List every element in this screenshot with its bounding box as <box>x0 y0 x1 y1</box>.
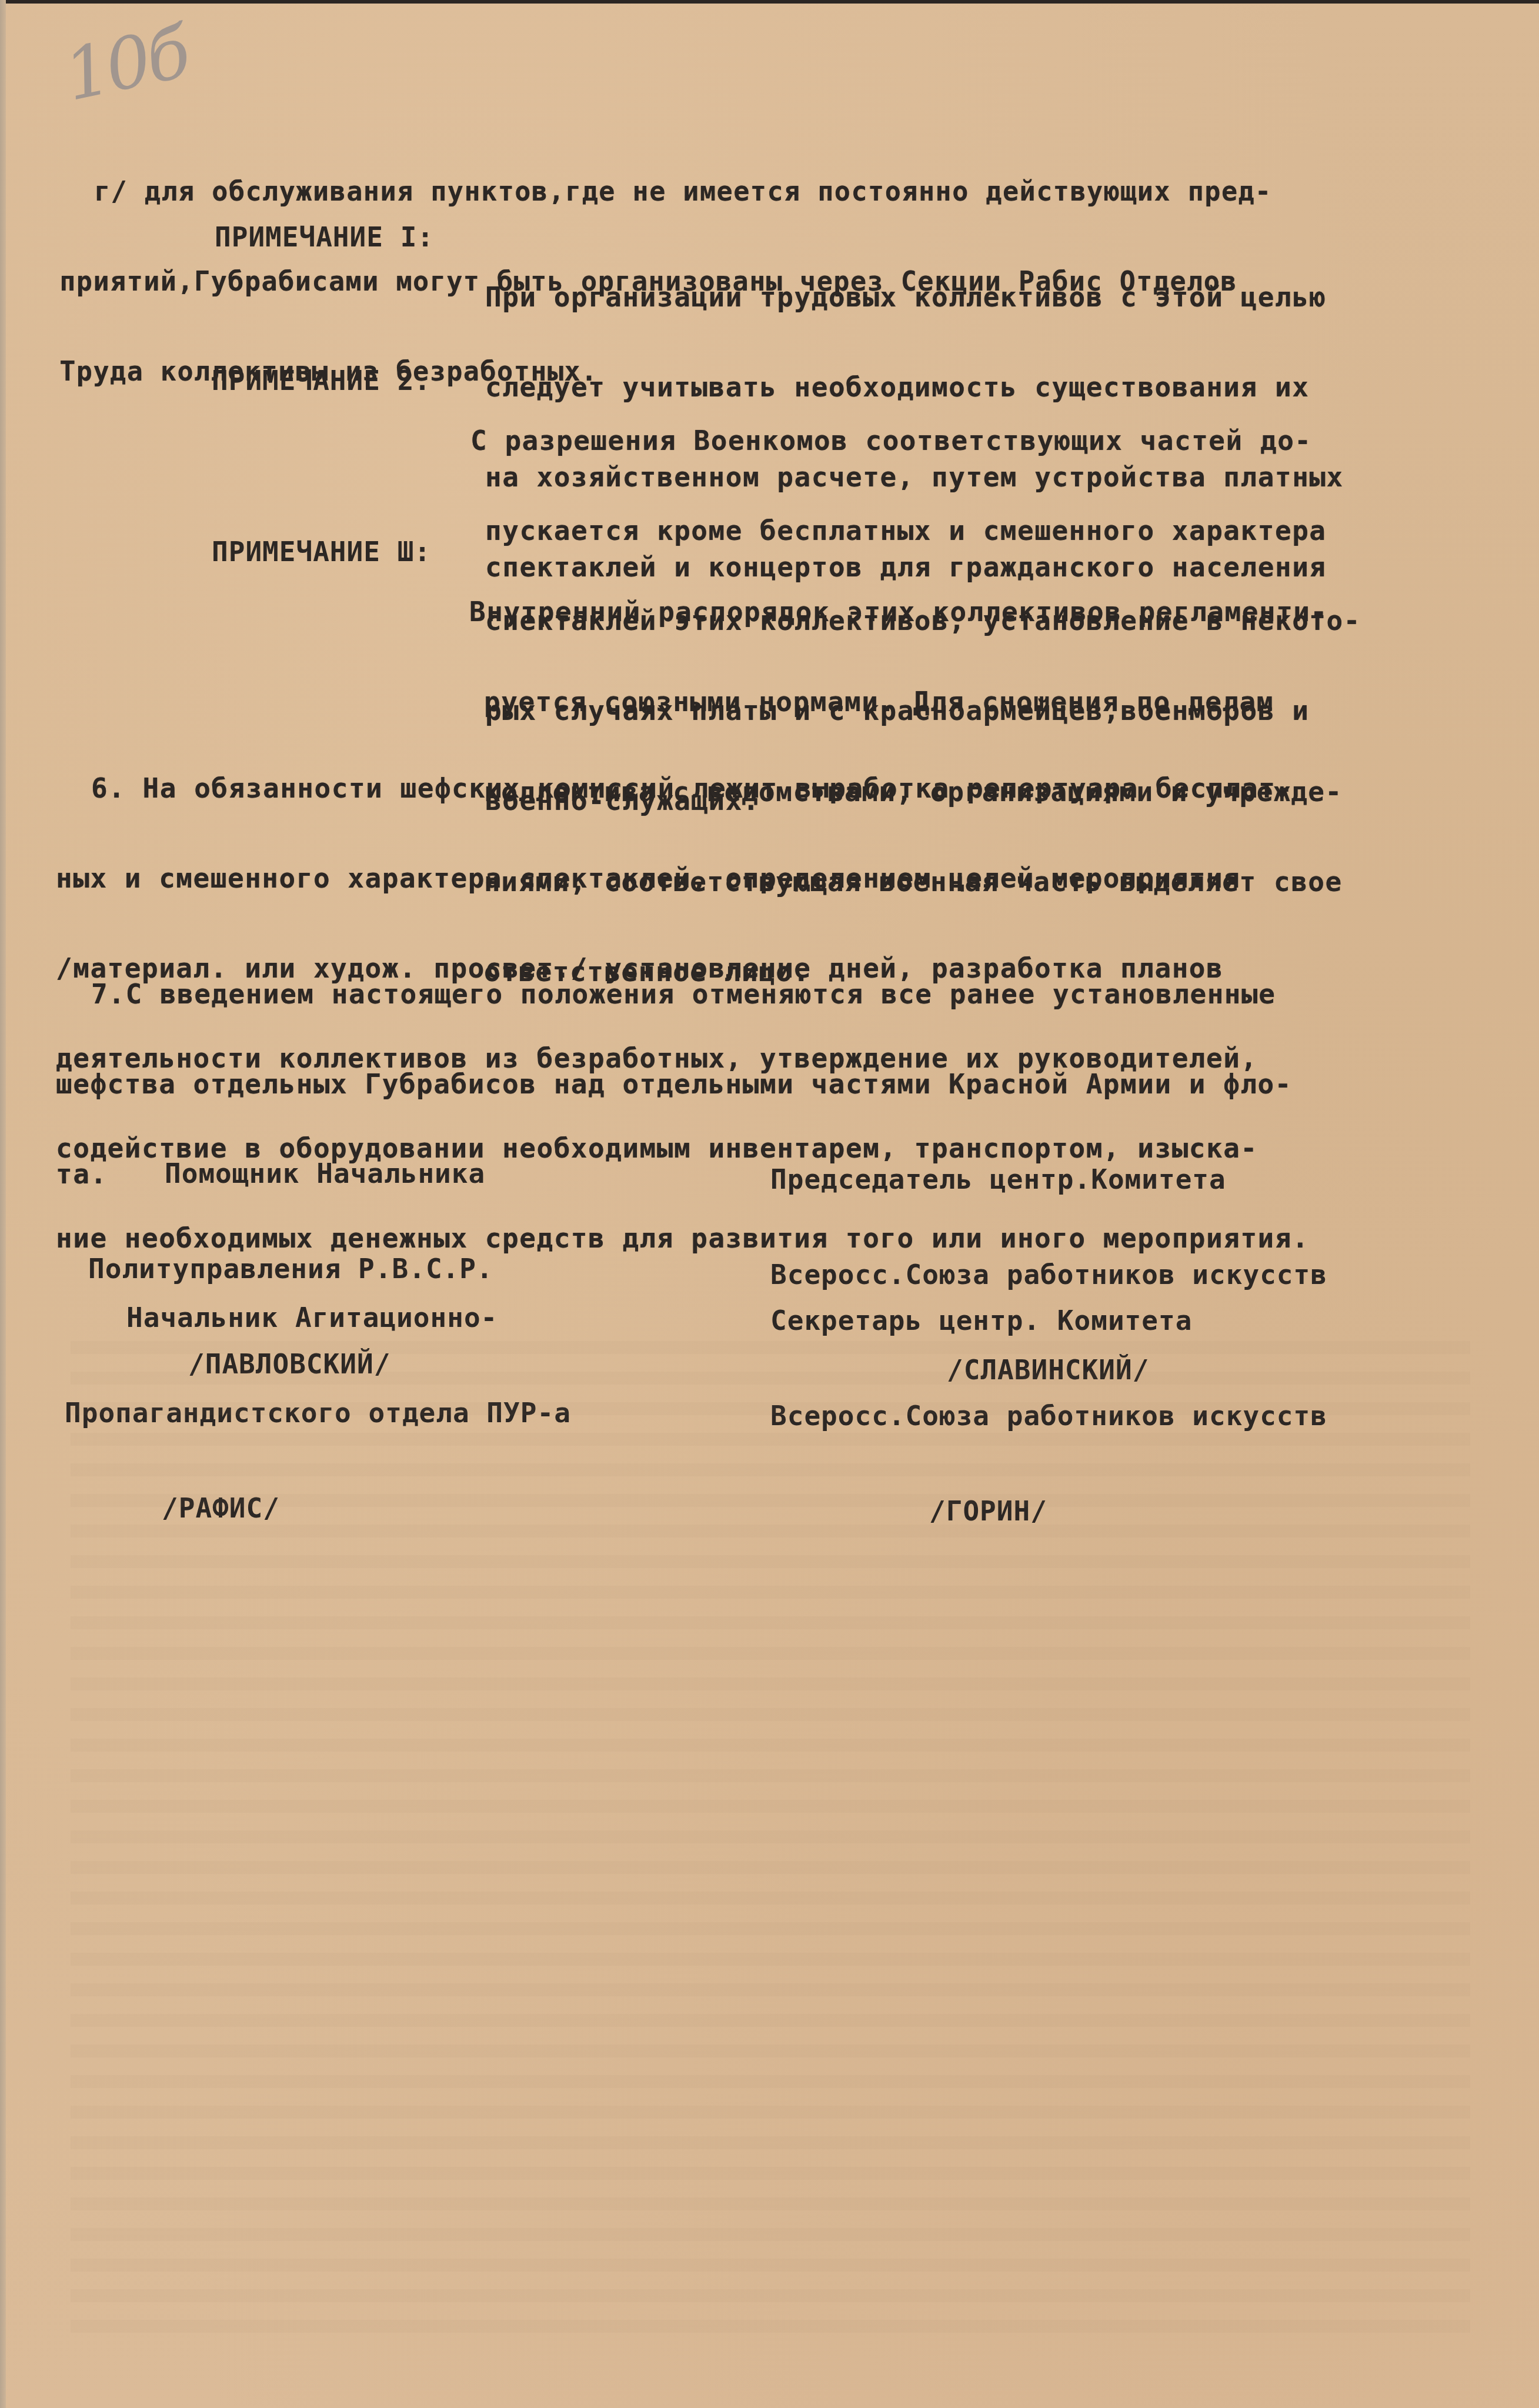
document-page: 10б г/ для обслуживания пунктов,где не и… <box>0 0 1539 2408</box>
note-3-line: Внутренний распорядок этих коллективов р… <box>469 597 1343 627</box>
note-1-line: При организации трудовых коллективов с э… <box>485 282 1344 312</box>
signature-title-line: Председатель центр.Комитета <box>770 1163 1327 1195</box>
note-2-line: С разрешения Военкомов соответствующих ч… <box>470 426 1361 456</box>
paragraph-g-line: г/ для обслуживания пунктов,где не имеет… <box>94 176 1272 206</box>
paragraph-6-line: ных и смешенного характера спектаклей, о… <box>56 863 1309 893</box>
scan-top-edge <box>0 0 1539 4</box>
bleed-through-texture <box>71 1341 1470 2341</box>
note-2-label: ПРИМЕЧАНИЕ 2. <box>212 366 431 396</box>
signature-title-line: Начальник Агитационно- <box>126 1302 571 1333</box>
note-3-line: руется союзными нормами. Для сношения по… <box>484 687 1343 717</box>
note-1-label: ПРИМЕЧАНИЕ I: <box>215 222 434 252</box>
scan-left-edge <box>0 0 6 2408</box>
paragraph-6-line: 6. На обязанности шефских комиссий лежит… <box>91 773 1309 803</box>
signature-title-line: Помощник Начальника <box>165 1158 493 1189</box>
folio-number: 10б <box>58 12 194 117</box>
paragraph-7-line: 7.С введением настоящего положения отмен… <box>91 979 1292 1009</box>
signature-title-line: Секретарь центр. Комитета <box>770 1305 1327 1336</box>
note-3-label: ПРИМЕЧАНИЕ Ш: <box>212 537 431 567</box>
